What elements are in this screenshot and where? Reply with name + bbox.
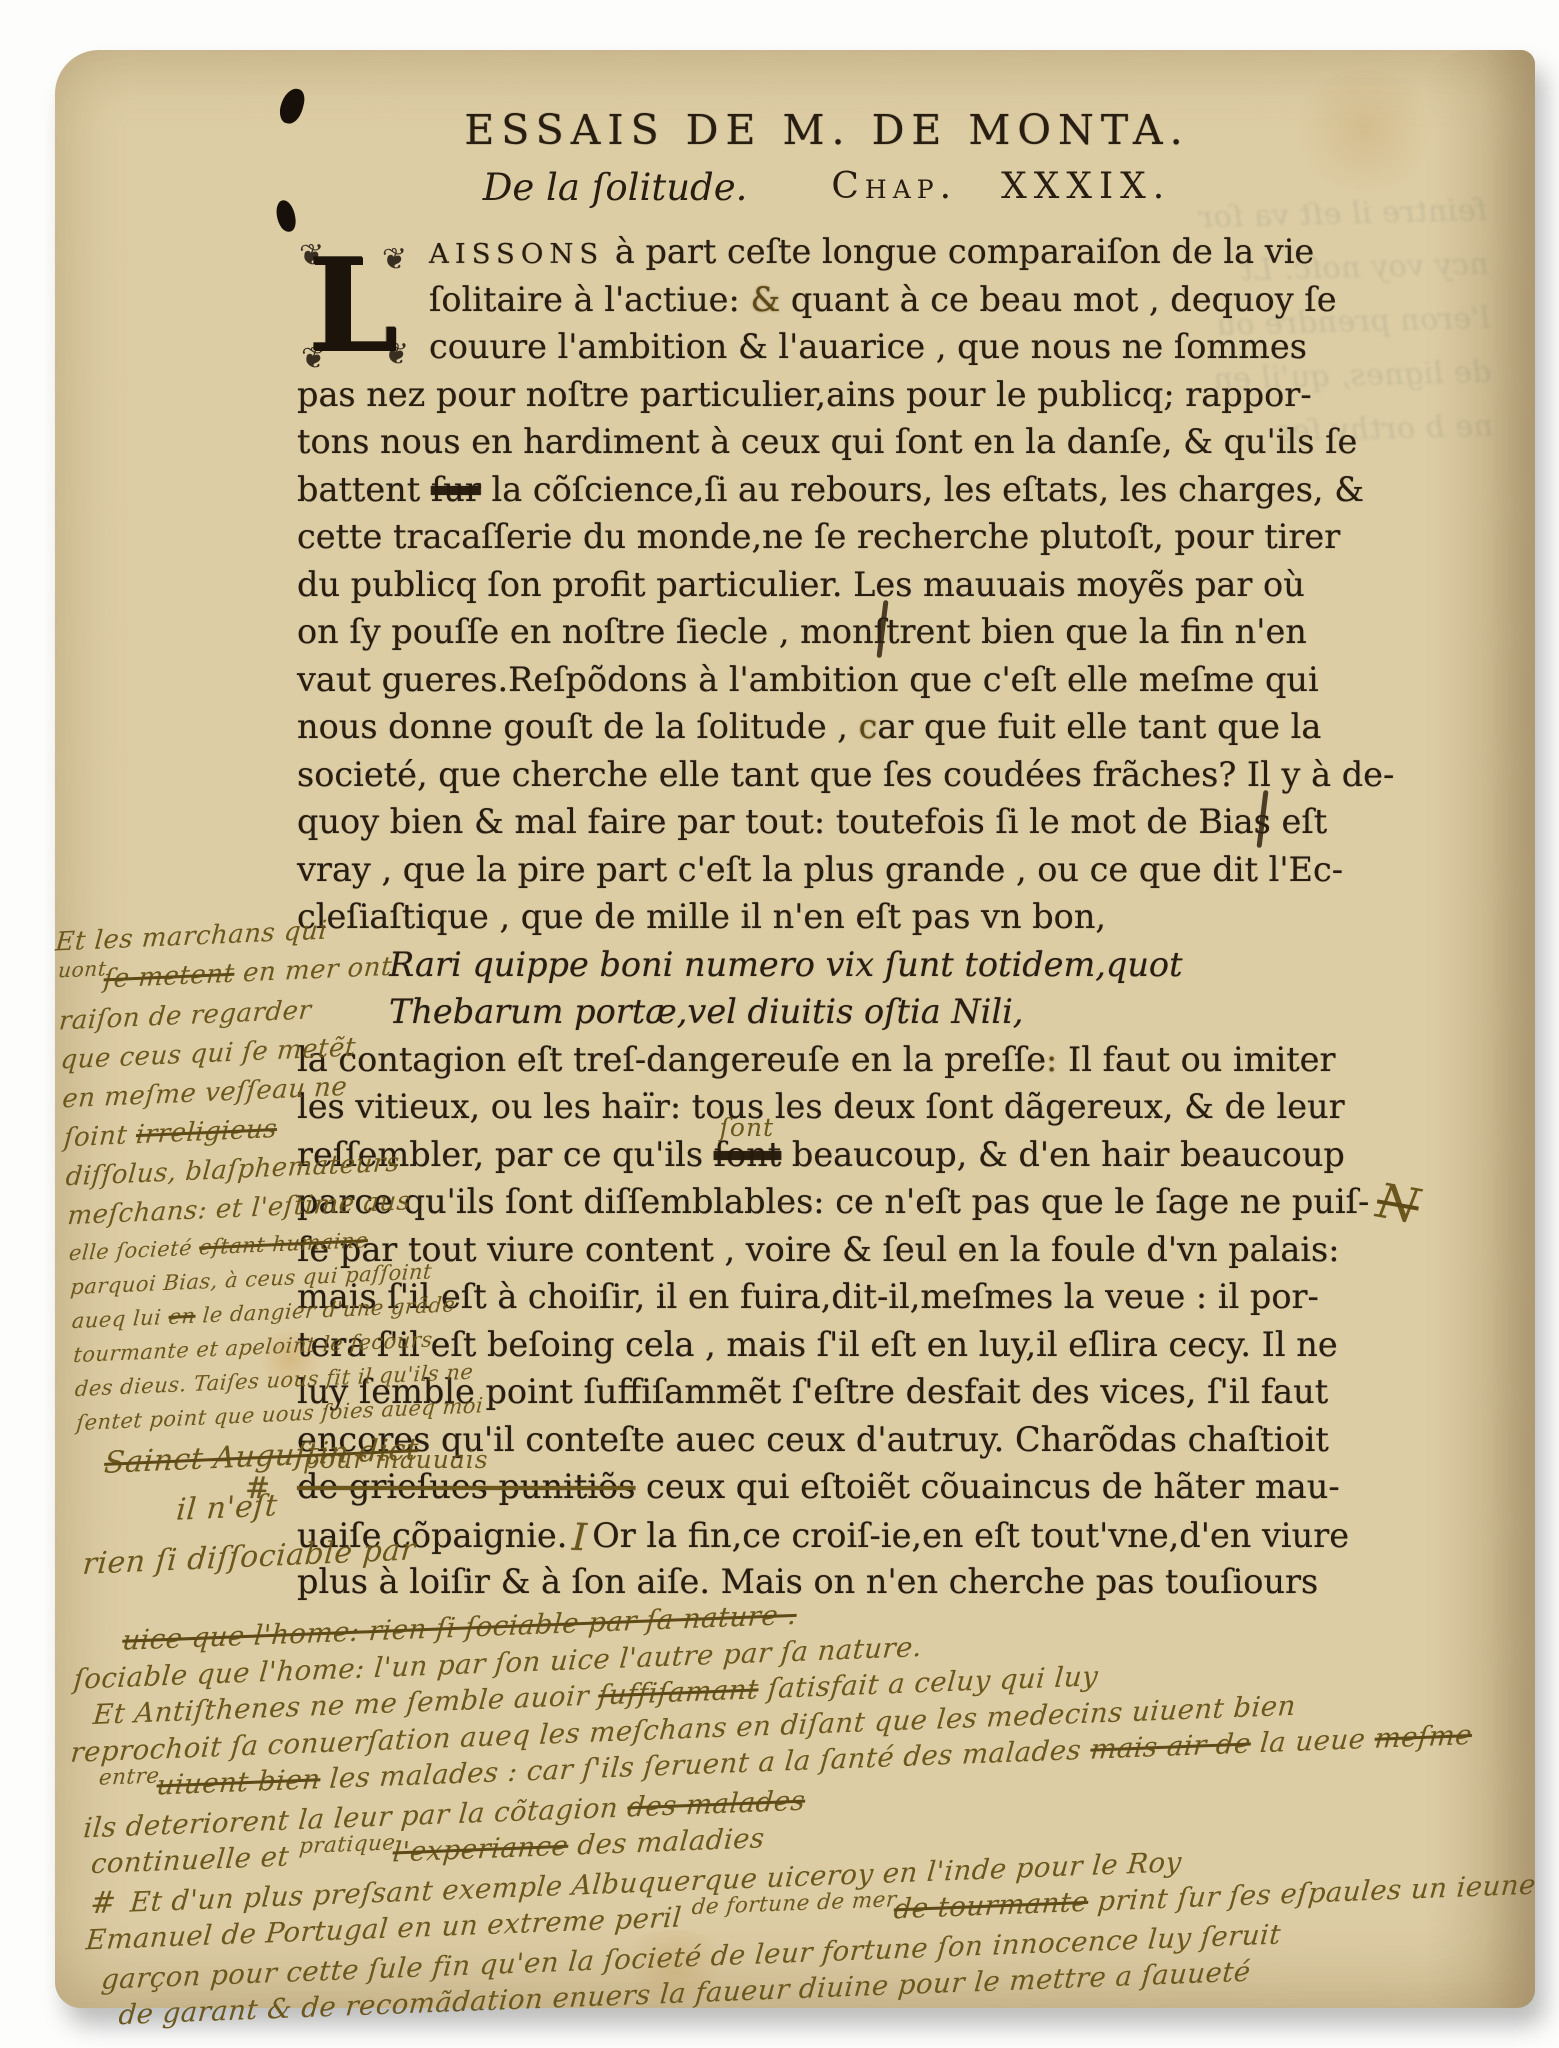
printed-line: les vitieux, ou les haïr: tous les deux … bbox=[297, 1083, 1387, 1131]
printed-line: pas nez pour noſtre particulier,ains pou… bbox=[297, 371, 1387, 419]
printed-line: quoy bien & mal faire par tout: toutefoi… bbox=[297, 798, 1387, 846]
book-page: feintre il eſt va ſorncy voy noſc. Ltl'e… bbox=[55, 50, 1535, 2008]
chapter-label: Chap. bbox=[831, 166, 957, 209]
printed-line: Thebarum portæ,vel diuitis oſtia Nili, bbox=[389, 988, 1387, 1036]
margin-notes-handwritten: Et les marchans quiuontſe metent en mer … bbox=[55, 909, 414, 1590]
printed-line: on ſy pouſſe en noſtre ſiecle , monſtren… bbox=[297, 608, 1387, 656]
bottom-notes-handwritten: uice que l'home: rien ſi ſociable par ſa… bbox=[60, 1567, 1559, 2035]
right-margin-mark: N bbox=[1372, 1173, 1423, 1235]
printed-line: ſe par tout viure content , voire & ſeul… bbox=[297, 1226, 1387, 1274]
printed-line: mais ſ'il eſt à choiſir, il en fuira,dit… bbox=[297, 1273, 1387, 1321]
printed-line: cette tracaſſerie du monde,ne ſe recherc… bbox=[297, 513, 1387, 561]
printed-line: battent ſur la cõſcience,ſi au rebours, … bbox=[297, 466, 1387, 514]
printed-line: nous donne gouſt de la ſolitude , car qu… bbox=[297, 703, 1387, 751]
printed-line: la contagion eſt treſ-dangereuſe en la p… bbox=[297, 1036, 1387, 1084]
printed-line: cleſiaſtique , que de mille il n'en eſt … bbox=[297, 893, 1387, 941]
printed-line: societé, que cherche elle tant que ſes c… bbox=[297, 751, 1387, 799]
printed-line: tons nous en hardiment à ceux qui ſont e… bbox=[297, 418, 1387, 466]
chapter-title: De la ſolitude. bbox=[483, 166, 748, 209]
scanned-book-photo: feintre il eſt va ſorncy voy noſc. Ltl'e… bbox=[0, 0, 1559, 2048]
printed-line: vaut gueres.Reſpõdons à l'ambition que c… bbox=[297, 656, 1387, 704]
printed-line: uaiſe cõpaignie.IOr la fin,ce croiſ-ie,e… bbox=[297, 1511, 1387, 1559]
printed-line: reſſembler, par ce qu'ils ſontſont beauc… bbox=[297, 1131, 1387, 1179]
printed-line: parce qu'ils ſont diſſemblables: ce n'eſ… bbox=[297, 1178, 1387, 1226]
printed-line: vray , que la pire part c'eſt la plus gr… bbox=[297, 846, 1387, 894]
chapter-number: XXXIX. bbox=[1001, 166, 1171, 209]
printed-line: #pour mauuaisde grieſues punitiõs ceux q… bbox=[297, 1463, 1387, 1511]
printed-line: ſolitaire à l'actiue: & quant à ce beau … bbox=[429, 276, 1387, 324]
printed-line: du publicq ſon profit particulier. Les m… bbox=[297, 561, 1387, 609]
ink-blot bbox=[275, 199, 297, 233]
printed-line: Rari quippe boni numero vix ſunt totidem… bbox=[389, 941, 1387, 989]
running-header: ESSAIS DE M. DE MONTA. bbox=[297, 106, 1357, 154]
printed-line: AISSONS à part ceſte longue comparaiſon … bbox=[429, 228, 1387, 276]
chapter-heading: De la ſolitude. Chap. XXXIX. bbox=[297, 166, 1357, 209]
printed-line: couure l'ambition & l'auarice , que nous… bbox=[429, 323, 1387, 371]
